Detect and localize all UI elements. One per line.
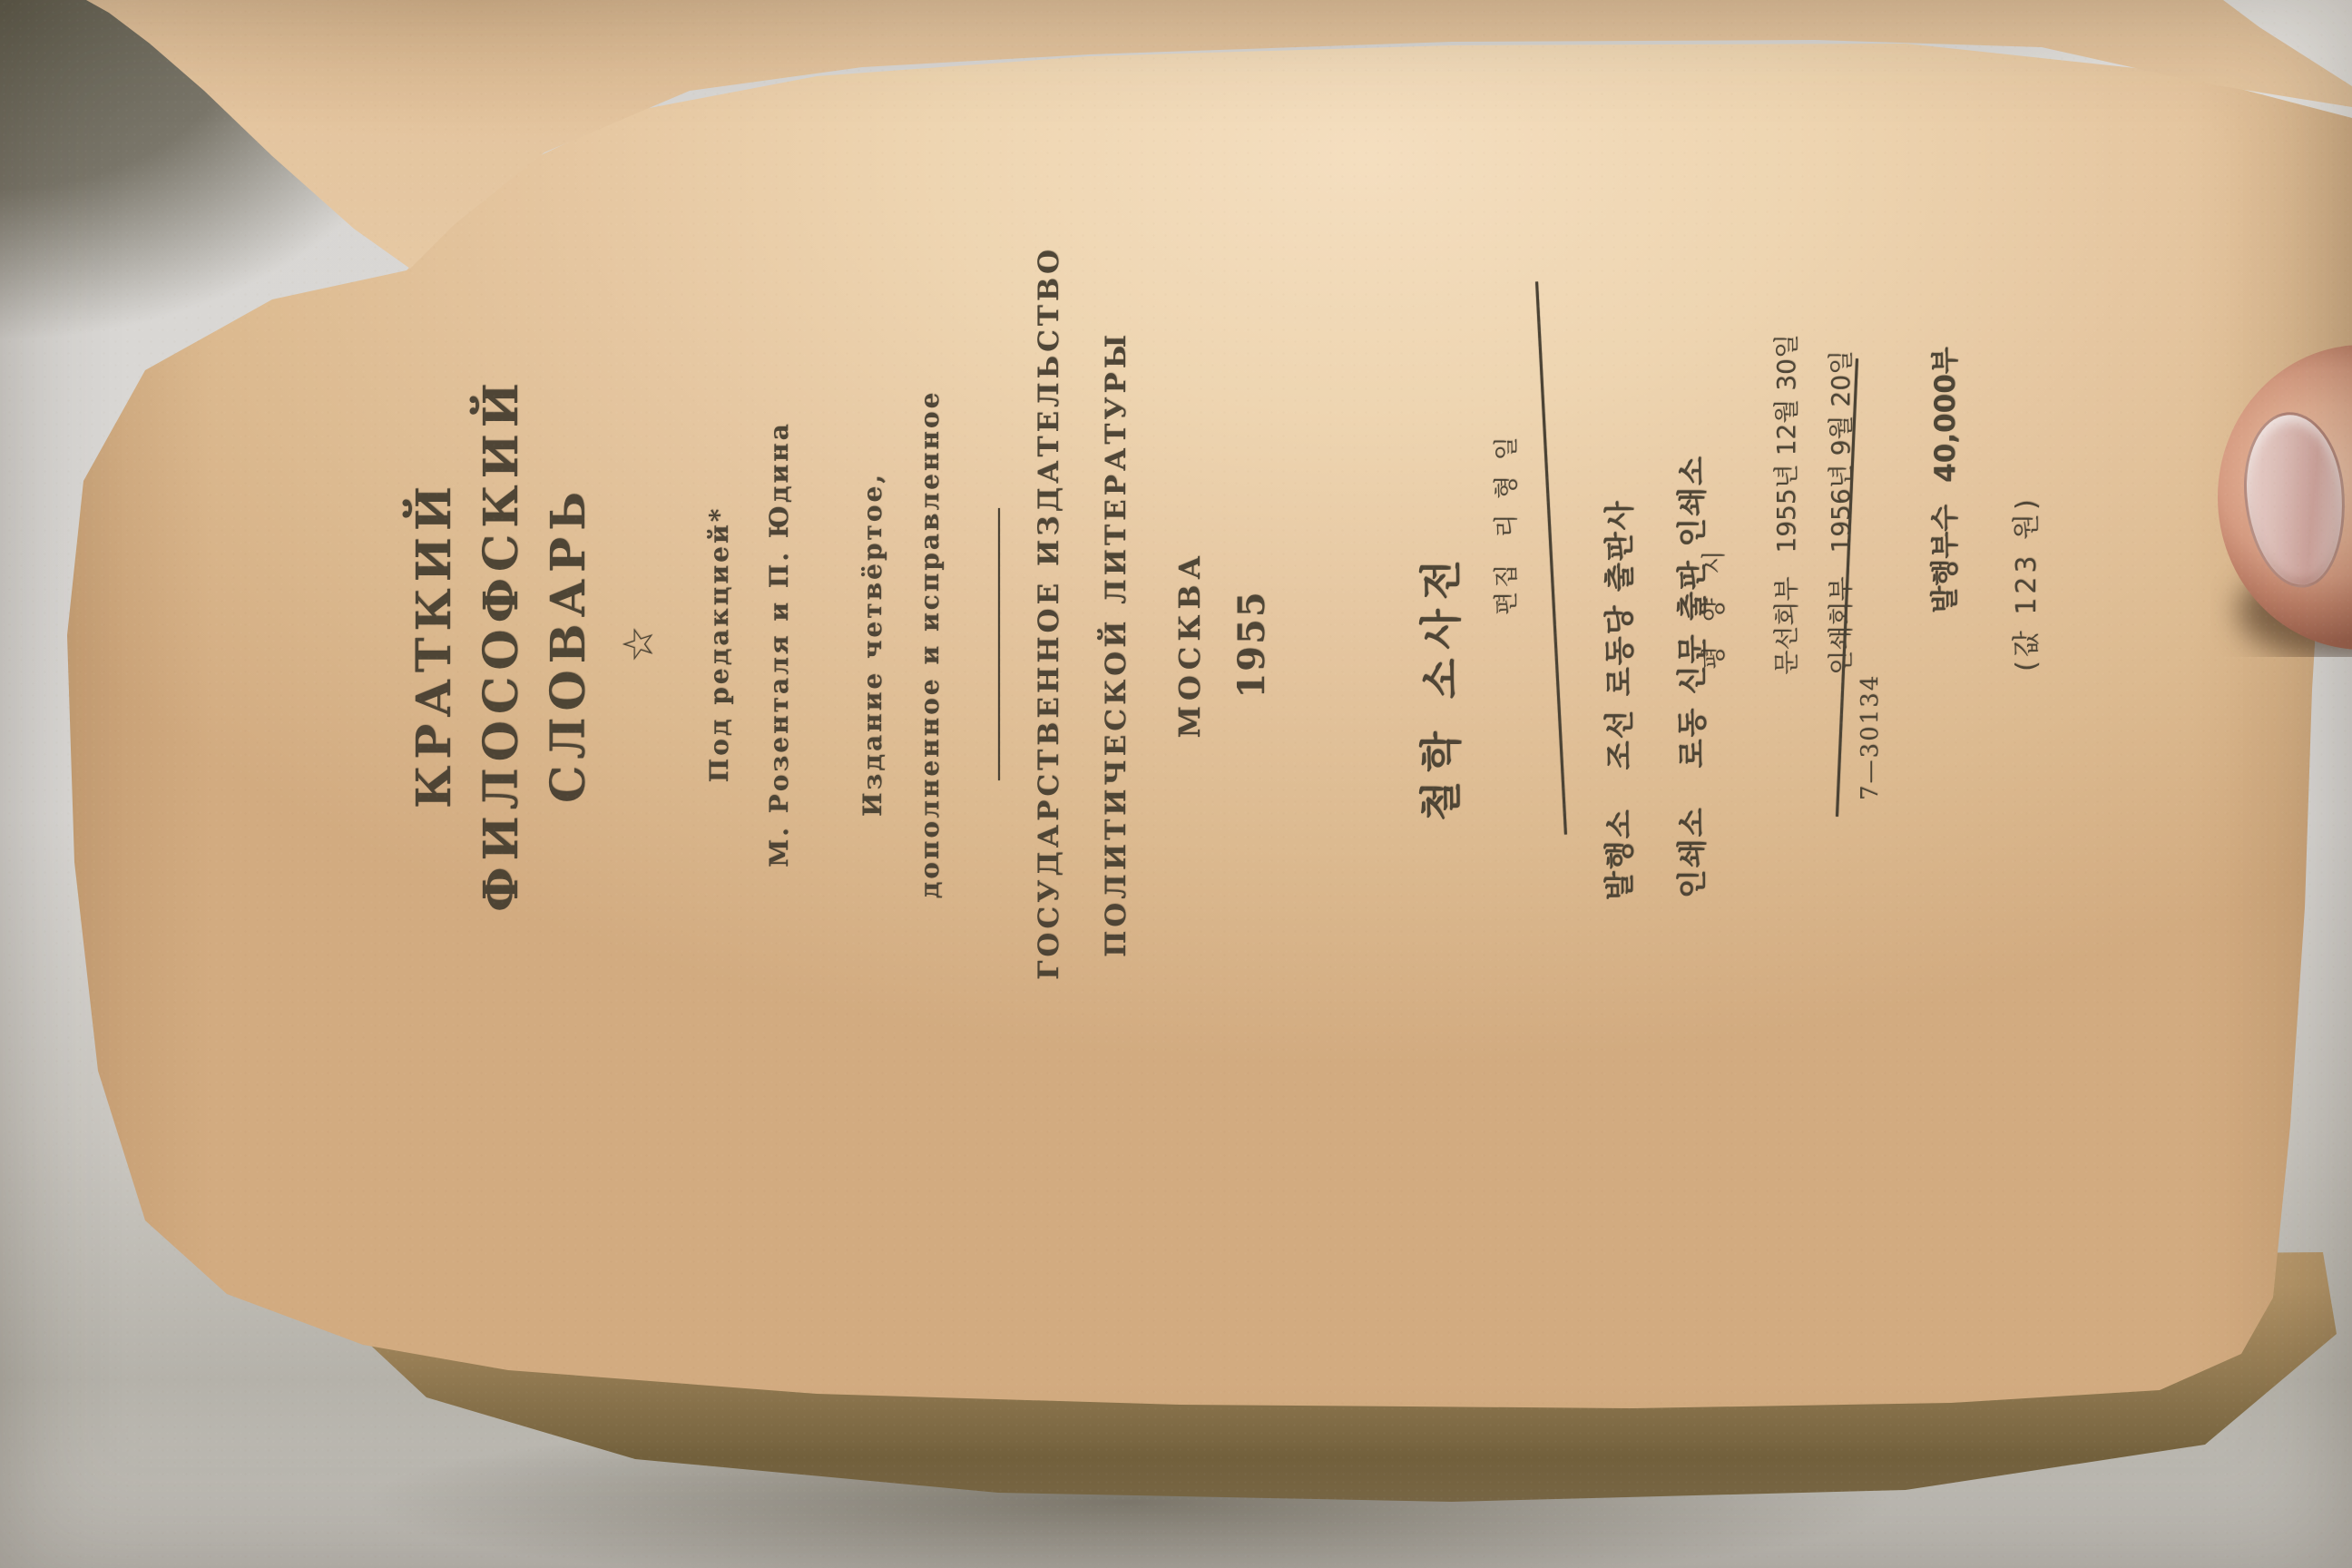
thumb-fingernail xyxy=(2238,408,2352,593)
print-run-value: 40,000부 xyxy=(1929,347,1962,483)
korean-editor-line: 편집 리 형 일 xyxy=(1486,433,1522,615)
thumb-holding-page xyxy=(2210,343,2352,657)
book-title-line-3: СЛОВАРЬ xyxy=(541,309,596,980)
city-pyongyang: 평 양 시 xyxy=(1694,543,1730,670)
serial-number: 7—30134 xyxy=(1857,674,1884,800)
star-icon: ☆ xyxy=(613,309,662,980)
korean-title: 철학 소사전 xyxy=(1408,551,1468,821)
publisher-line-1: ГОСУДАРСТВЕННОЕ ИЗДАТЕЛЬСТВО xyxy=(1033,309,1065,980)
book-title-line-1: КРАТКИЙ xyxy=(407,309,462,980)
print-run-row: 발행부수40,000부 xyxy=(1889,347,1995,691)
printed-text-surface: КРАТКИЙ ФИЛОСОФСКИЙ СЛОВАРЬ ☆ Под редакц… xyxy=(154,82,2241,1406)
price-line: (값 123 원) xyxy=(2004,495,2043,671)
editors-names: М. Розенталя и П. Юдина xyxy=(764,309,794,980)
edition-line-1: Издание четвёртое, xyxy=(857,309,887,980)
city-moscow: МОСКВА xyxy=(1172,309,1207,980)
print-date-label: 인쇄회부 xyxy=(1826,577,1856,675)
publisher-row-label: 발행소 xyxy=(1602,808,1637,900)
printer-row: 인쇄소로동 신문 출판 인쇄소 xyxy=(1633,455,1747,996)
edited-by-line: Под редакцией* xyxy=(704,309,734,980)
edition-line-2: дополненное и исправленное xyxy=(915,309,945,980)
print-run-label: 발행부수 xyxy=(1929,505,1962,613)
book-photo: КРАТКИЙ ФИЛОСОФСКИЙ СЛОВАРЬ ☆ Под редакц… xyxy=(0,0,2352,1568)
publisher-row-value: 조선 로동당 출판사 xyxy=(1602,499,1637,769)
publisher-line-2: ПОЛИТИЧЕСКОЙ ЛИТЕРАТУРЫ xyxy=(1100,309,1132,980)
book-title-line-2: ФИЛОСОФСКИЙ xyxy=(474,309,529,980)
year-1955: 1955 xyxy=(1230,309,1273,980)
printer-row-label: 인쇄소 xyxy=(1674,806,1710,898)
divider-rule xyxy=(998,508,1000,780)
